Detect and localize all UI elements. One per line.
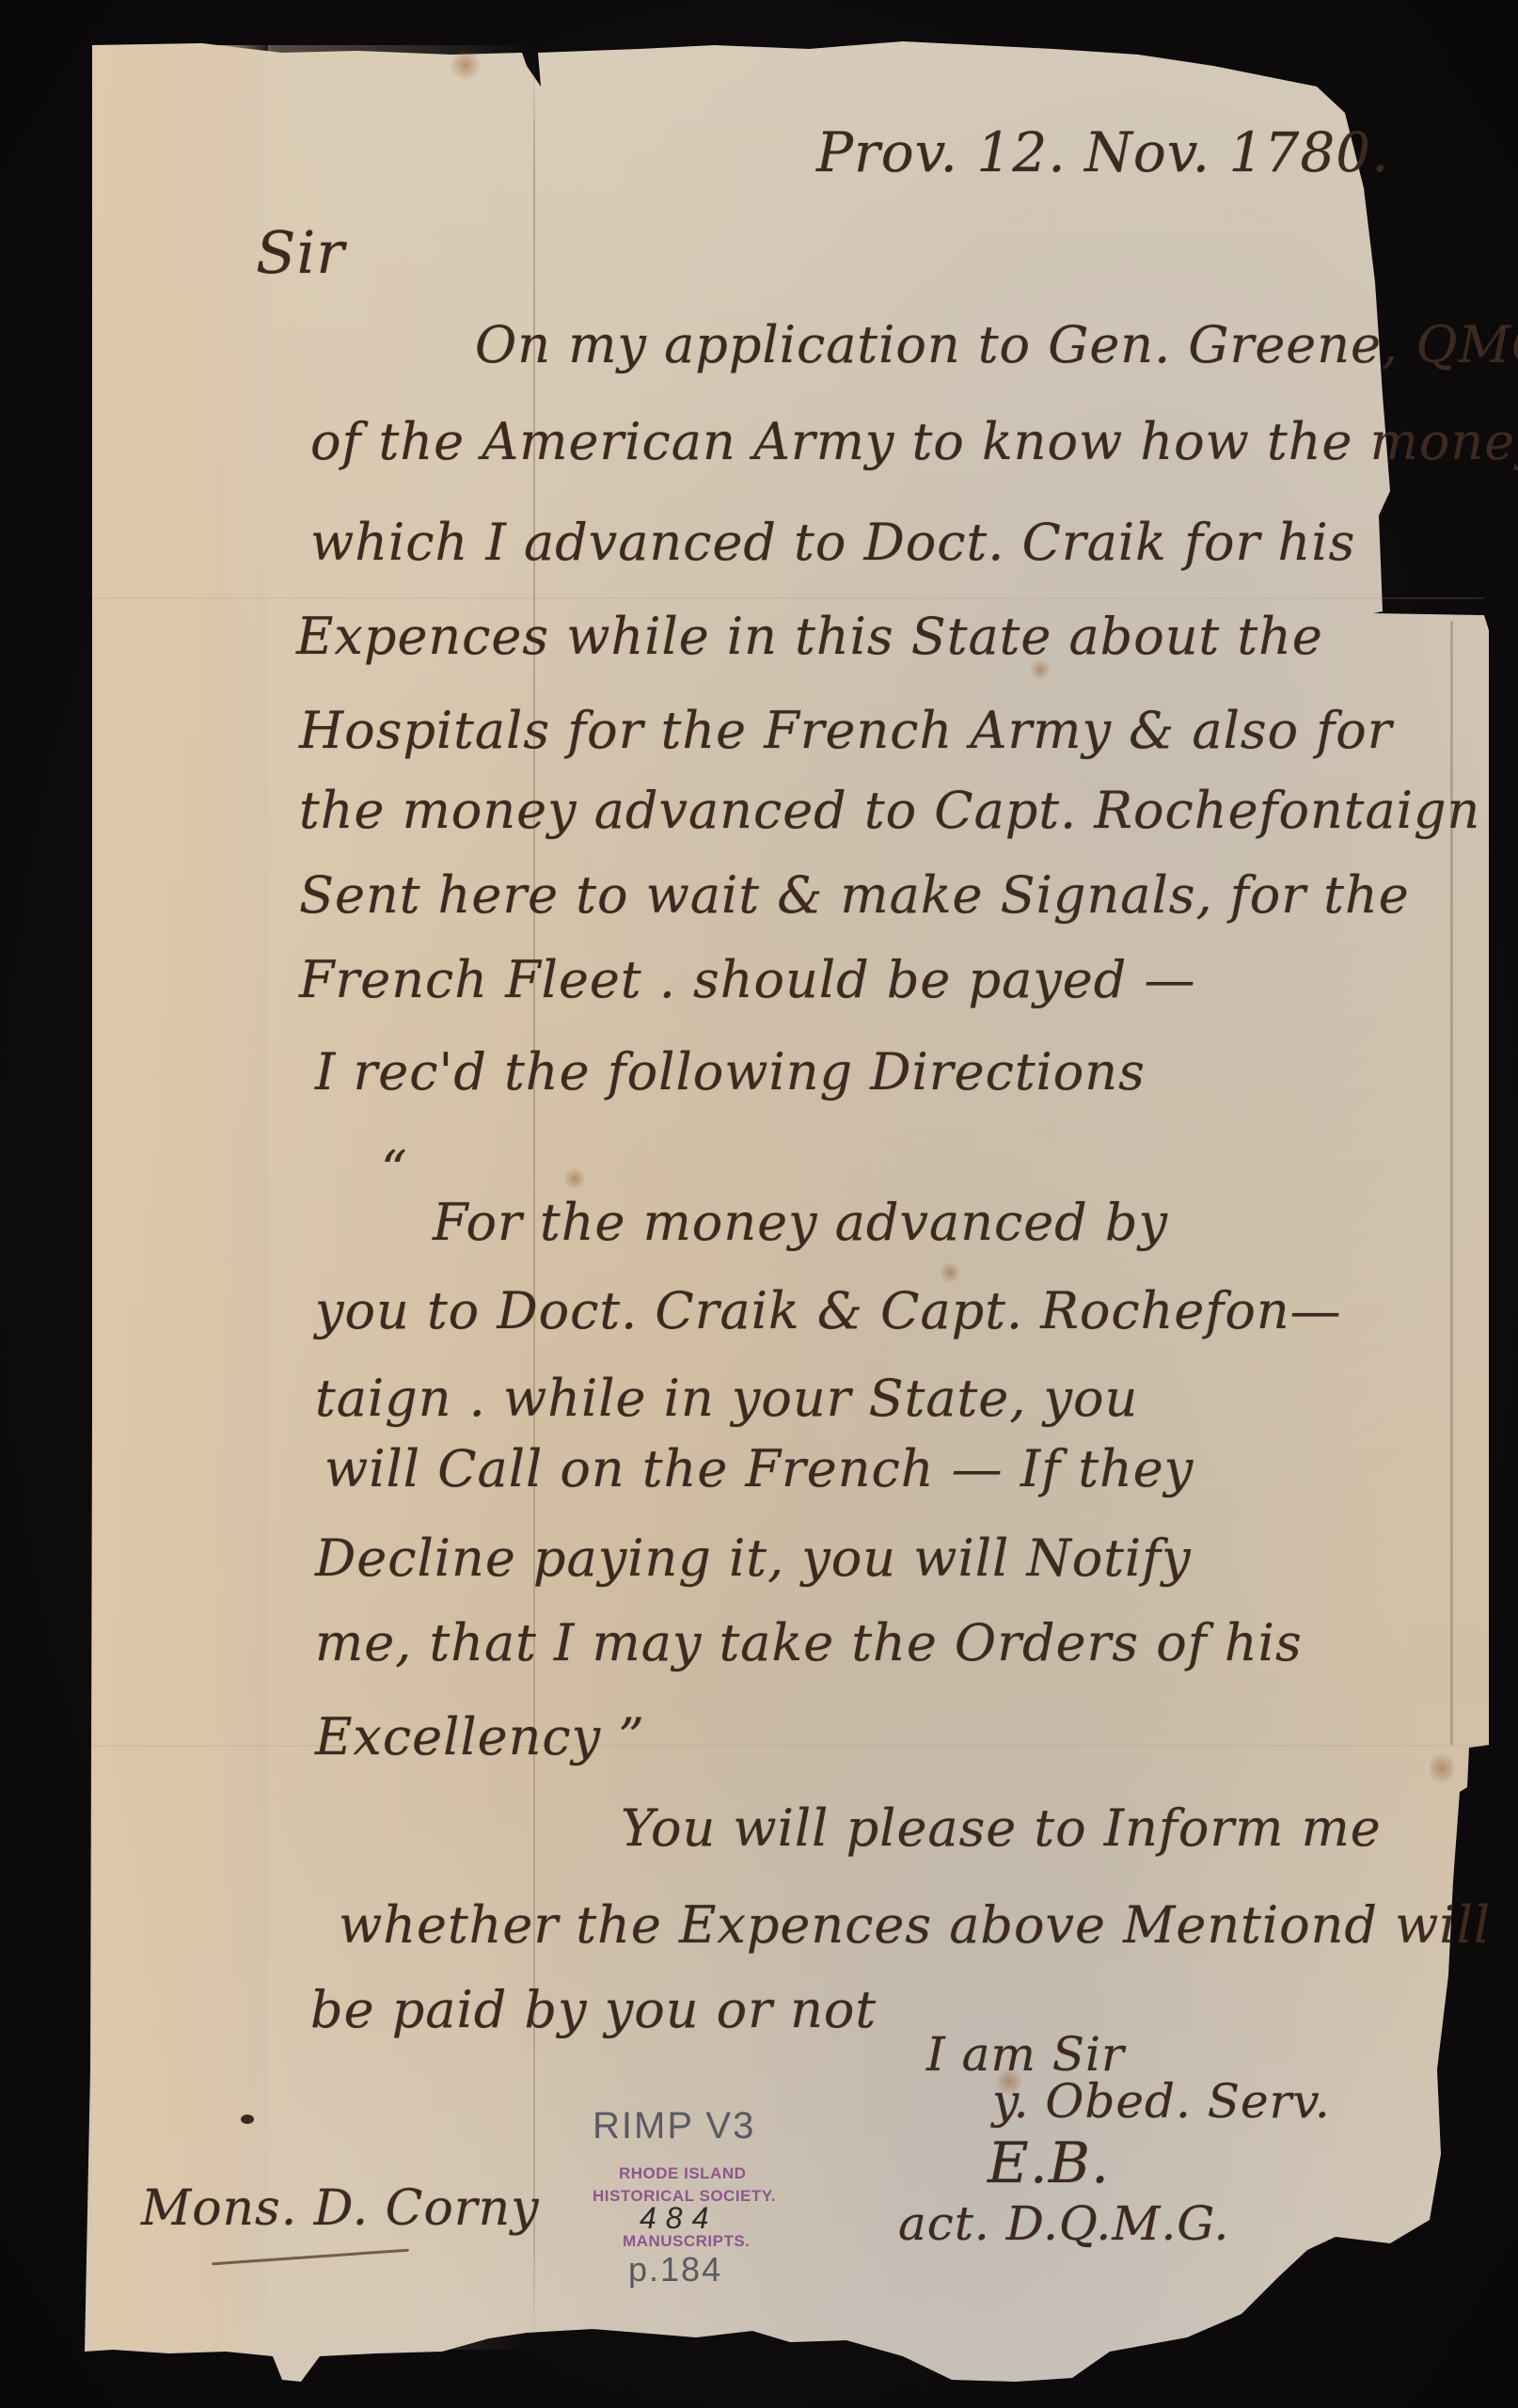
body-line: French Fleet . should be payed — <box>299 950 1195 1009</box>
quote-mark: “ <box>381 1140 408 1199</box>
body-line: will Call on the French — If they <box>324 1439 1194 1498</box>
pencil-reference: RIMP V3 <box>593 2105 755 2147</box>
body-line: of the American Army to know how the mon… <box>310 412 1518 471</box>
body-line: which I advanced to Doct. Craik for his <box>310 513 1355 572</box>
body-line: be paid by you or not <box>310 1980 877 2039</box>
foxing-spot <box>450 49 482 81</box>
horizontal-fold <box>92 597 1484 599</box>
foxing-spot <box>564 1166 585 1191</box>
salutation: Sir <box>256 218 345 287</box>
ink-blot <box>241 2115 254 2124</box>
body-line: me, that I may take the Orders of his <box>315 1613 1303 1672</box>
horizontal-fold <box>92 1745 1484 1747</box>
body-line: whether the Expences above Mentiond will <box>339 1895 1491 1955</box>
body-line: Hospitals for the French Army & also for <box>299 701 1393 760</box>
body-line: For the money advanced by <box>433 1193 1168 1252</box>
body-line: taign . while in your State, you <box>315 1369 1138 1428</box>
page-reference: p.184 <box>628 2250 722 2289</box>
body-line: On my application to Gen. Greene, QMG <box>475 315 1518 374</box>
scan-background: Prov. 12. Nov. 1780. Sir On my applicati… <box>0 0 1518 2408</box>
body-line: Excellency ” <box>315 1707 645 1766</box>
stamp-manuscripts: MANUSCRIPTS. <box>623 2232 750 2251</box>
body-line: I rec'd the following Directions <box>315 1042 1146 1101</box>
signature-title: act. D.Q.M.G. <box>898 2196 1229 2251</box>
body-line: Sent here to wait & make Signals, for th… <box>299 865 1410 925</box>
left-leaf-strip <box>92 45 276 2350</box>
stamp-number: 484 <box>640 2201 718 2236</box>
body-line: Decline paying it, you will Notify <box>315 1529 1192 1588</box>
body-line: You will please to Inform me <box>621 1798 1382 1858</box>
closing-line: y. Obed. Serv. <box>992 2074 1331 2129</box>
signature: E.B. <box>988 2131 1110 2196</box>
body-line: Expences while in this State about the <box>296 607 1323 666</box>
body-line: the money advanced to Capt. Rochefontaig… <box>299 781 1480 840</box>
body-line: you to Doct. Craik & Capt. Rochefon— <box>315 1281 1342 1340</box>
stamp-rhode-island: RHODE ISLAND <box>619 2164 746 2183</box>
addressee: Mons. D. Corny <box>141 2180 540 2237</box>
foxing-spot <box>1430 1750 1454 1787</box>
dateline: Prov. 12. Nov. 1780. <box>816 120 1390 184</box>
